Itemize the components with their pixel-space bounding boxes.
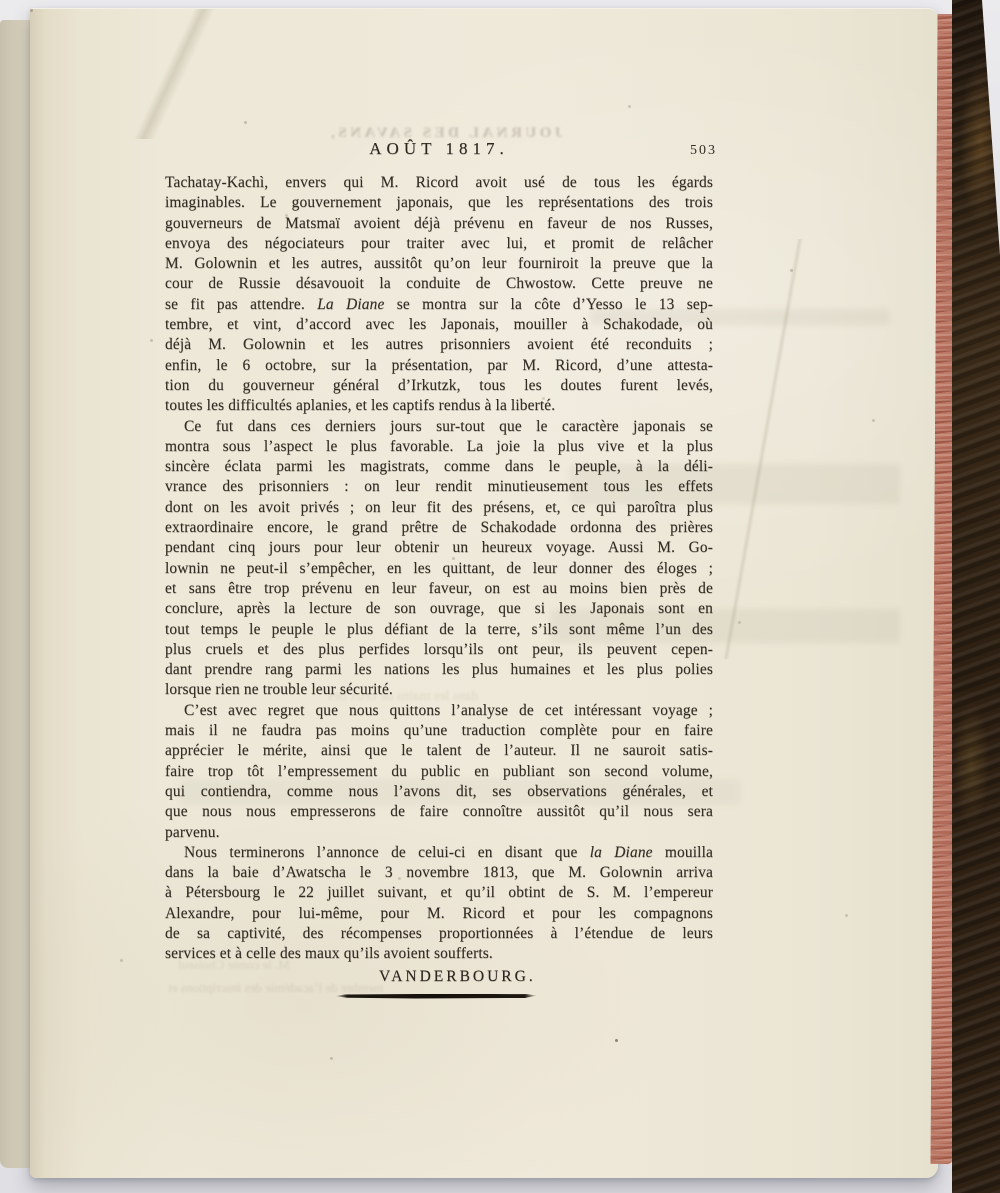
text-line: gouverneurs de Matsmaï avoient déjà prév… [165, 214, 713, 234]
book-page: JOURNAL DES SAVANS, AOÛT 1817. 503 Tacha… [30, 8, 938, 1178]
text-line: C’est avec regret que nous quittons l’an… [165, 701, 713, 721]
text-line: tembre, et vint, d’accord avec les Japon… [165, 315, 713, 335]
header-month-year: AOÛT 1817. [165, 139, 713, 159]
text-line: sincère éclata parmi les magistrats, com… [165, 457, 713, 477]
running-header: AOÛT 1817. 503 [165, 139, 713, 165]
text-line: Tachatay-Kachì, envers qui M. Ricord avo… [165, 173, 713, 193]
paragraph: Nous terminerons l’annonce de celui-ci e… [165, 843, 713, 965]
text-line: se fit pas attendre. La Diane se montra … [165, 295, 713, 315]
text-line: qui contiendra, comme nous l’avons dit, … [165, 782, 713, 802]
text-line: services et à celle des maux qu’ils avoi… [165, 944, 713, 964]
text-line: enfin, le 6 octobre, sur la présentation… [165, 356, 713, 376]
text-line: montra sous l’aspect le plus favorable. … [165, 437, 713, 457]
text-line: à Pétersbourg le 22 juillet suivant, et … [165, 883, 713, 903]
paragraph: Ce fut dans ces derniers jours sur-tout … [165, 417, 713, 701]
text-line: déjà M. Golownin et les autres prisonnie… [165, 335, 713, 355]
text-line: M. Golownin et les autres, aussitôt qu’o… [165, 254, 713, 274]
text-line: dont on les avoit privés ; on leur fit d… [165, 498, 713, 518]
italic-text: la Diane [590, 844, 653, 861]
paper-crease [48, 9, 298, 139]
text-line: plus cruels et des plus perfides lorsqu’… [165, 640, 713, 660]
paper-crease [718, 239, 808, 659]
paragraph: C’est avec regret que nous quittons l’an… [165, 701, 713, 843]
text-line: et sans être trop prévenu en leur faveur… [165, 579, 713, 599]
text-line: pendant cinq jours pour leur obtenir un … [165, 538, 713, 558]
text-line: envoya des négociateurs pour traiter ave… [165, 234, 713, 254]
text-block: AOÛT 1817. 503 Tachatay-Kachì, envers qu… [165, 139, 713, 999]
text-line: toutes les difficultés aplanies, et les … [165, 396, 713, 416]
text-line: Alexandre, pour lui-même, pour M. Ricord… [165, 904, 713, 924]
text-line: tout temps le peuple le plus défiant de … [165, 620, 713, 640]
text-line: que nous nous empresserons de faire conn… [165, 802, 713, 822]
end-rule [335, 994, 537, 999]
text-line: parvenu. [165, 823, 713, 843]
text-line: lownin ne peut-il s’empêcher, en les qui… [165, 559, 713, 579]
paragraph: Tachatay-Kachì, envers qui M. Ricord avo… [165, 173, 713, 417]
text-line: dant prendre rang parmi les nations les … [165, 660, 713, 680]
text-line: apprécier le mérite, ainsi que le talent… [165, 741, 713, 761]
paragraphs: Tachatay-Kachì, envers qui M. Ricord avo… [165, 173, 713, 965]
leather-cover-edge [952, 0, 1000, 1193]
text-line: conclure, après la lecture de son ouvrag… [165, 599, 713, 619]
text-line: cour de Russie désavouoit la conduite de… [165, 274, 713, 294]
text-line: tion du gouverneur général d’Irkutzk, to… [165, 376, 713, 396]
text-line: imaginables. Le gouvernement japonais, q… [165, 193, 713, 213]
page-number: 503 [690, 143, 717, 159]
text-line: extraordinaire encore, le grand prêtre d… [165, 518, 713, 538]
text-line: mais il ne faudra pas moins qu’une tradu… [165, 721, 713, 741]
text-line: faire trop tôt l’empressement du public … [165, 762, 713, 782]
italic-text: La Diane [317, 296, 384, 313]
text-line: Nous terminerons l’annonce de celui-ci e… [165, 843, 713, 863]
author-signature: VANDERBOURG. [165, 968, 713, 986]
text-line: Ce fut dans ces derniers jours sur-tout … [165, 417, 713, 437]
text-line: de sa captivité, des récompenses proport… [165, 924, 713, 944]
text-line: vrance des prisonniers : on leur rendit … [165, 477, 713, 497]
text-line: dans la baie d’Awatscha le 3 novembre 18… [165, 863, 713, 883]
text-line: lorsque rien ne trouble leur sécurité. [165, 680, 713, 700]
